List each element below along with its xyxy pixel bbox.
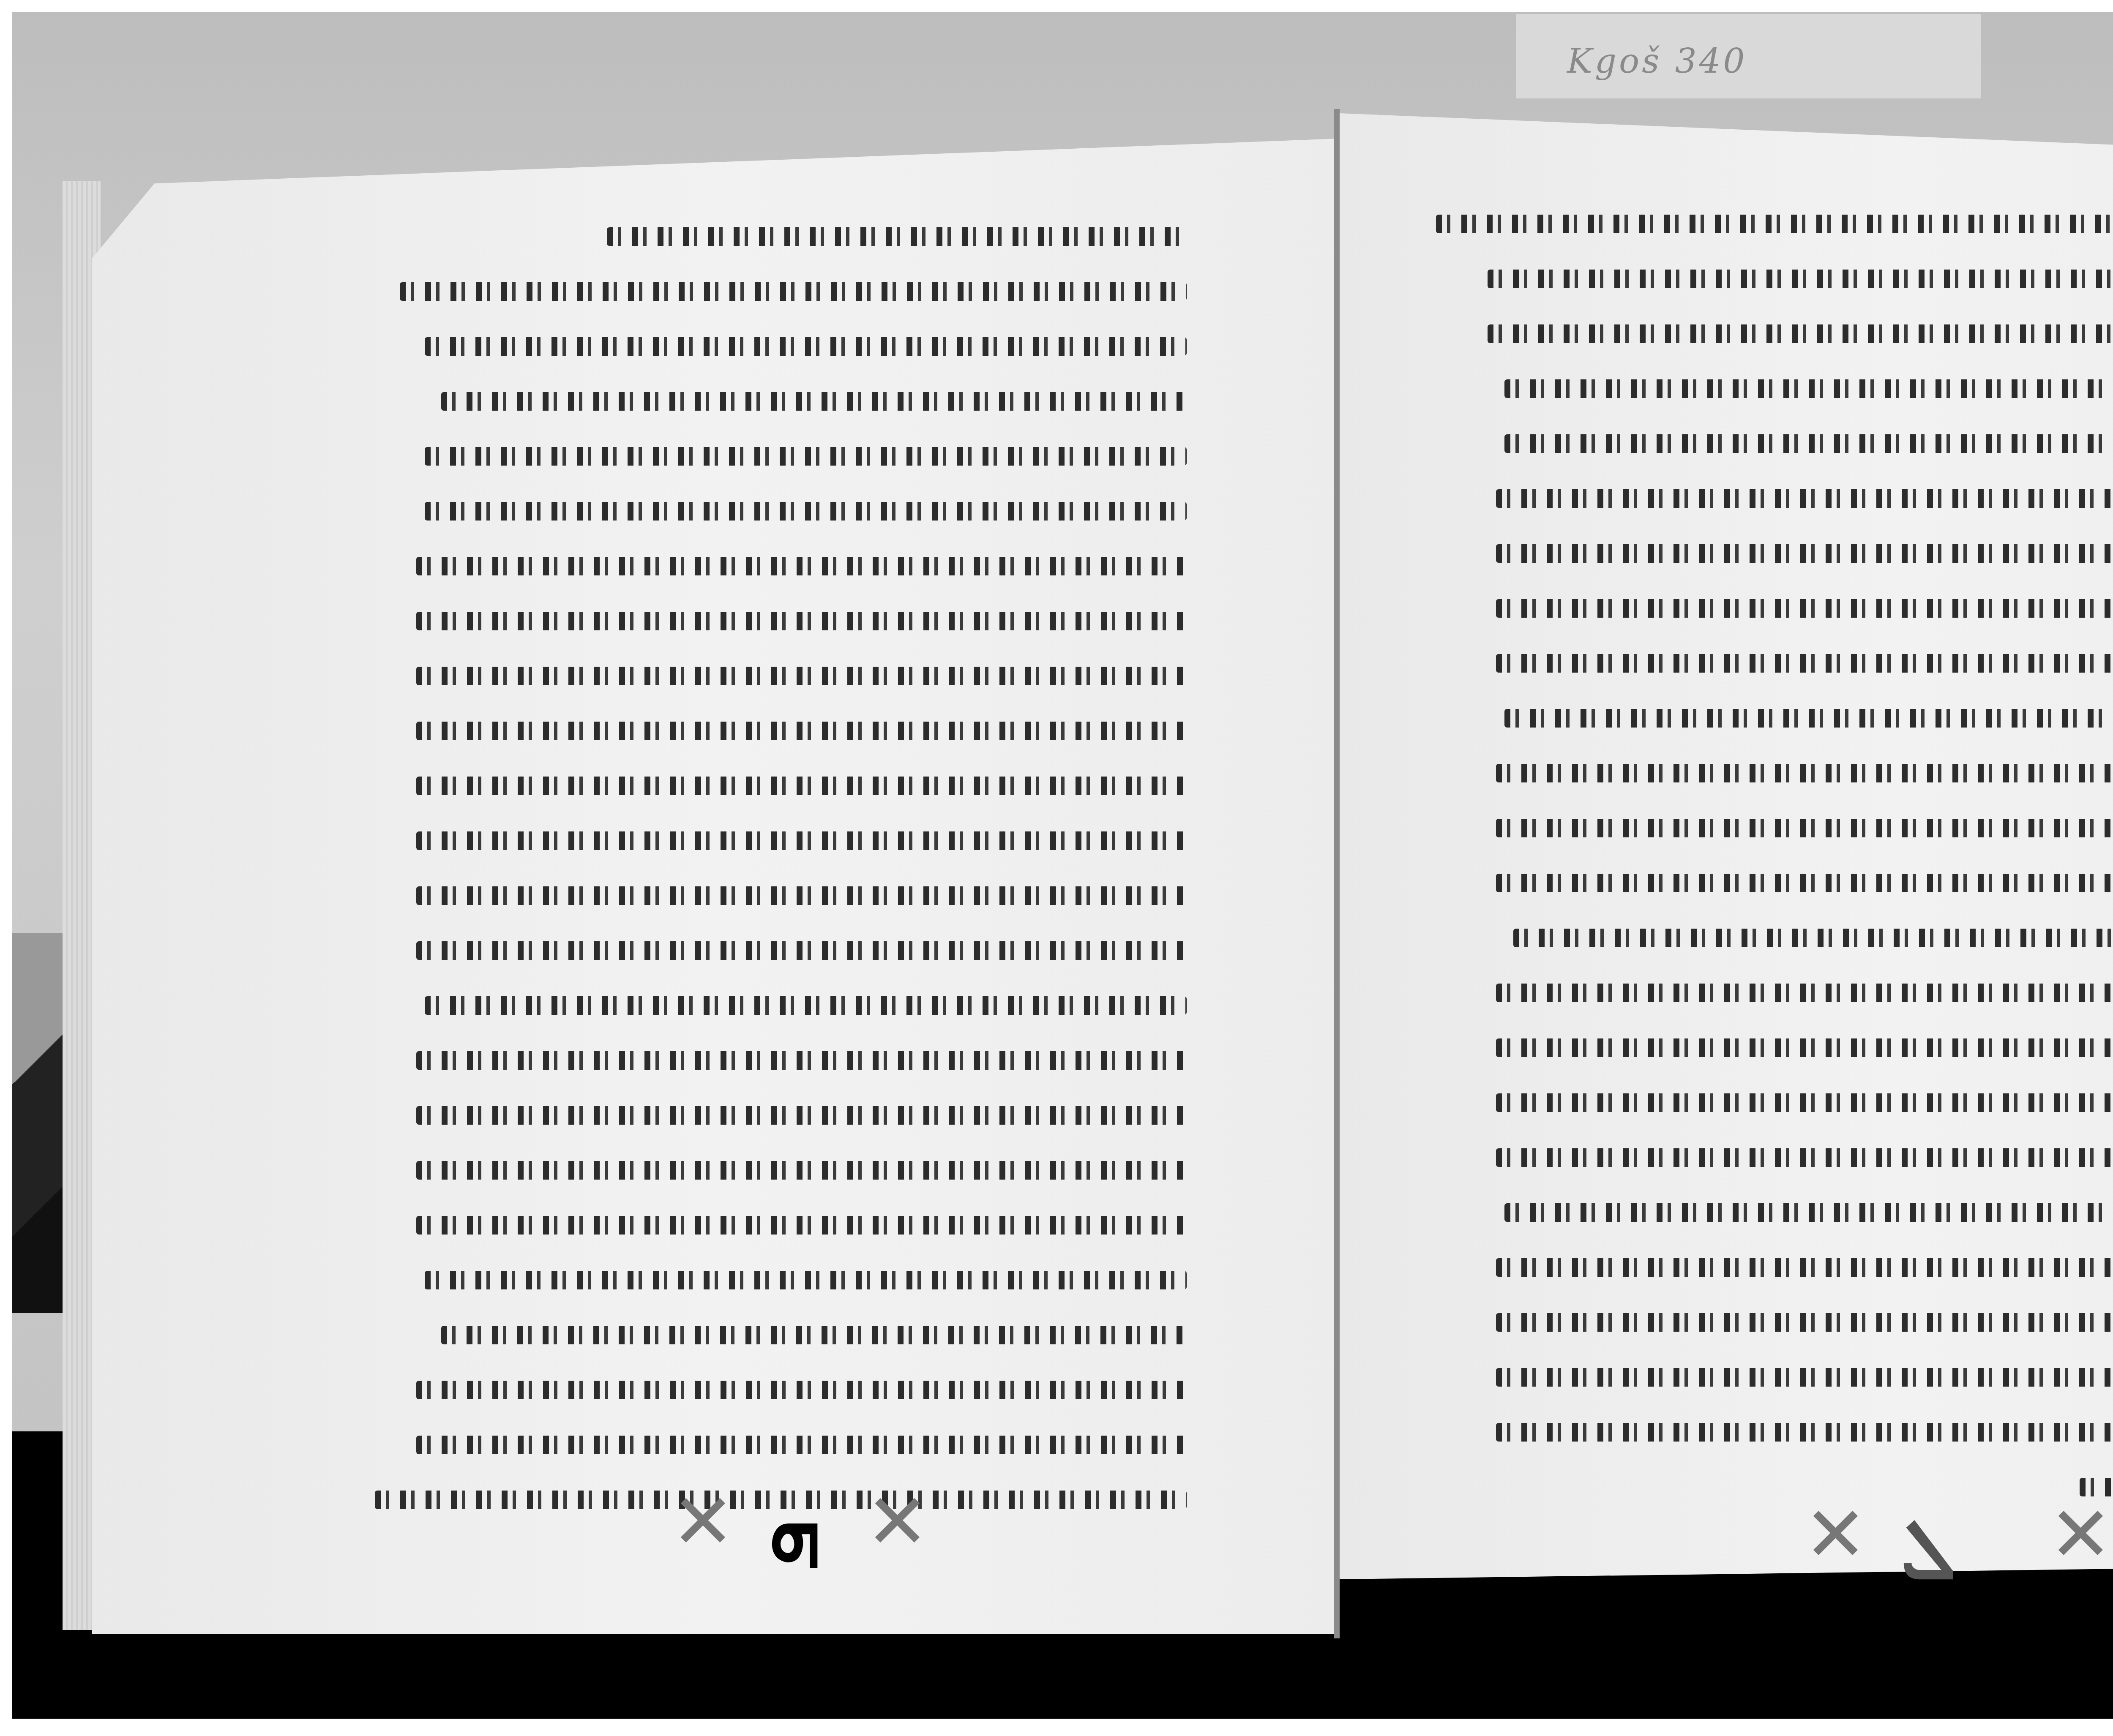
text-line — [1436, 929, 2113, 947]
text-line — [1436, 1148, 2113, 1167]
syriac-script-line — [1488, 324, 2113, 343]
syriac-script-line — [1496, 874, 2113, 892]
text-line — [358, 557, 1187, 575]
text-line — [1436, 544, 2113, 563]
syriac-script-line — [1496, 819, 2113, 837]
text-line — [358, 941, 1187, 960]
text-line — [358, 722, 1187, 740]
text-line — [1436, 819, 2113, 837]
text-line — [1436, 434, 2113, 453]
syriac-script-line — [1504, 434, 2113, 453]
syriac-script-line — [416, 722, 1187, 740]
syriac-script-line — [1496, 544, 2113, 563]
quire-mark-left: ܗ — [768, 1482, 821, 1582]
text-line — [358, 1381, 1187, 1399]
text-line — [1436, 1368, 2113, 1387]
text-line — [358, 1436, 1187, 1454]
text-line — [1436, 215, 2113, 233]
quire-mark-right: ܠ — [1901, 1499, 1956, 1599]
right-page-text — [1436, 215, 2113, 1533]
syriac-script-line — [425, 502, 1187, 521]
text-line — [358, 1271, 1187, 1289]
syriac-script-line — [1496, 1093, 2113, 1112]
text-line — [1436, 379, 2113, 398]
syriac-script-line — [607, 227, 1187, 246]
text-line — [358, 1326, 1187, 1344]
text-line — [358, 282, 1187, 301]
text-line — [358, 886, 1187, 905]
syriac-script-line — [1496, 489, 2113, 508]
text-line — [1436, 709, 2113, 728]
syriac-script-line — [416, 1106, 1187, 1125]
syriac-script-line — [1496, 1368, 2113, 1387]
shelfmark-text: Kgoš 340 — [1567, 41, 1747, 81]
text-line — [358, 227, 1187, 246]
text-line — [1436, 654, 2113, 673]
text-line — [358, 1051, 1187, 1070]
syriac-script-line — [416, 1436, 1187, 1454]
text-line — [1436, 1258, 2113, 1277]
text-line — [358, 777, 1187, 795]
text-line — [1436, 1313, 2113, 1332]
syriac-script-line — [425, 1271, 1187, 1289]
syriac-script-line — [1436, 215, 2113, 233]
syriac-script-line — [1513, 929, 2113, 947]
text-line — [358, 612, 1187, 630]
text-line — [1436, 324, 2113, 343]
ornament-cross-icon: ✕ — [1804, 1491, 1867, 1579]
syriac-script-line — [416, 1051, 1187, 1070]
syriac-script-line — [425, 447, 1187, 466]
syriac-script-line — [416, 777, 1187, 795]
text-line — [1436, 1093, 2113, 1112]
text-line — [358, 502, 1187, 521]
ornament-cross-icon: ✕ — [2049, 1491, 2113, 1579]
text-line — [358, 1216, 1187, 1235]
syriac-script-line — [400, 282, 1187, 301]
syriac-script-line — [1496, 1038, 2113, 1057]
syriac-script-line — [1488, 270, 2113, 288]
text-line — [1436, 599, 2113, 618]
ornament-cross-icon: ✕ — [671, 1478, 735, 1566]
manuscript-photo: Kgoš 340 ✕ ܗ ✕ ✕ ܠ ✕ — [12, 12, 2113, 1719]
text-line — [1436, 1478, 2113, 1496]
text-line — [358, 1161, 1187, 1180]
text-line — [1436, 1203, 2113, 1222]
text-line — [1436, 1038, 2113, 1057]
syriac-script-line — [416, 831, 1187, 850]
syriac-script-line — [1496, 984, 2113, 1002]
text-line — [358, 667, 1187, 685]
syriac-script-line — [1496, 599, 2113, 618]
syriac-script-line — [416, 667, 1187, 685]
syriac-script-line — [1496, 1313, 2113, 1332]
syriac-script-line — [1496, 1258, 2113, 1277]
text-line — [1436, 270, 2113, 288]
syriac-script-line — [416, 1216, 1187, 1235]
syriac-script-line — [425, 996, 1187, 1015]
syriac-script-line — [416, 612, 1187, 630]
syriac-script-line — [441, 1326, 1187, 1344]
text-line — [358, 831, 1187, 850]
text-line — [358, 996, 1187, 1015]
book-gutter — [1334, 109, 1340, 1638]
text-line — [1436, 489, 2113, 508]
text-line — [358, 337, 1187, 356]
syriac-script-line — [416, 1381, 1187, 1399]
syriac-script-line — [1496, 764, 2113, 782]
text-line — [1436, 874, 2113, 892]
syriac-script-line — [416, 557, 1187, 575]
syriac-script-line — [441, 392, 1187, 411]
syriac-script-line — [1504, 379, 2113, 398]
syriac-script-line — [416, 1161, 1187, 1180]
syriac-script-line — [1504, 1203, 2113, 1222]
syriac-script-line — [1504, 709, 2113, 728]
text-line — [1436, 984, 2113, 1002]
text-line — [1436, 1423, 2113, 1442]
text-line — [358, 392, 1187, 411]
text-line — [358, 447, 1187, 466]
syriac-script-line — [1496, 1148, 2113, 1167]
text-line — [1436, 764, 2113, 782]
syriac-script-line — [416, 941, 1187, 960]
syriac-script-line — [425, 337, 1187, 356]
syriac-script-line — [416, 886, 1187, 905]
ornament-cross-icon: ✕ — [865, 1478, 929, 1566]
syriac-script-line — [1496, 1423, 2113, 1442]
left-page-text — [358, 227, 1187, 1545]
syriac-script-line — [1496, 654, 2113, 673]
text-line — [358, 1106, 1187, 1125]
